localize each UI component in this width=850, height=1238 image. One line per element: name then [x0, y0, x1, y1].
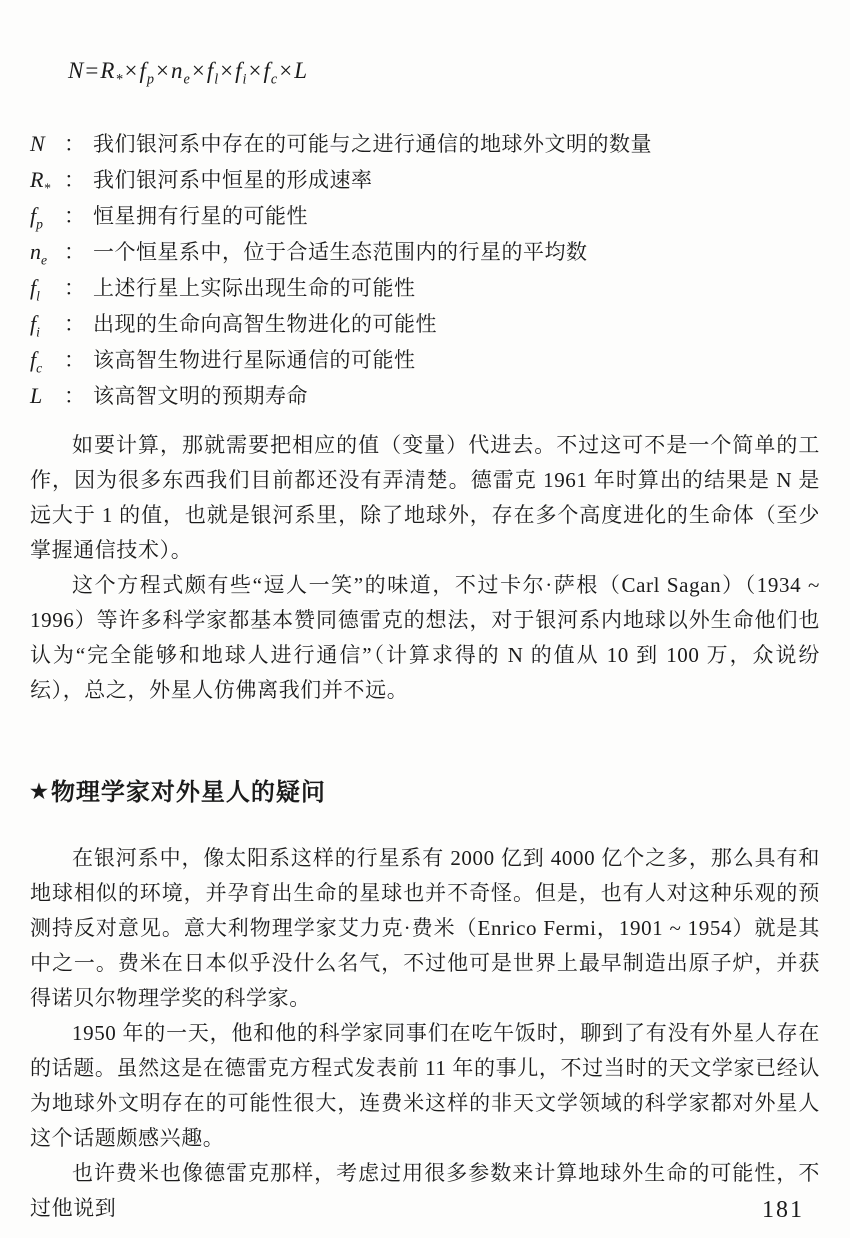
definition-colon: ： [64, 198, 85, 234]
formula-equals: = [84, 58, 100, 83]
paragraph: 如要计算，那就需要把相应的值（变量）代进去。不过这可不是一个简单的工作，因为很多… [30, 428, 820, 568]
definition-text: 一个恒星系中，位于合适生态范围内的行星的平均数 [93, 234, 588, 270]
multiply-sign: × [191, 58, 207, 83]
page-number: 181 [762, 1197, 804, 1224]
definition-row: fp ： 恒星拥有行星的可能性 [30, 198, 820, 234]
variable-symbol: fi [30, 306, 64, 342]
variable-symbol: fp [30, 198, 64, 234]
section-title: 物理学家对外星人的疑问 [51, 779, 326, 806]
definition-colon: ： [64, 234, 85, 270]
definition-colon: ： [64, 126, 85, 162]
variable-symbol: fc [30, 342, 64, 378]
definition-row: R* ： 我们银河系中恒星的形成速率 [30, 162, 820, 198]
definition-colon: ： [64, 162, 85, 198]
definition-row: N ： 我们银河系中存在的可能与之进行通信的地球外文明的数量 [30, 126, 820, 162]
definition-text: 该高智文明的预期寿命 [93, 378, 308, 414]
multiply-sign: × [278, 58, 294, 83]
variable-definition-list: N ： 我们银河系中存在的可能与之进行通信的地球外文明的数量 R* ： 我们银河… [30, 126, 820, 414]
definition-text: 出现的生命向高智生物进化的可能性 [93, 306, 437, 342]
variable-symbol: N [30, 126, 64, 162]
formula-term: fi [235, 58, 247, 83]
star-icon: ★ [30, 781, 49, 803]
paragraph: 也许费米也像德雷克那样，考虑过用很多参数来计算地球外生命的可能性，不过他说到 [30, 1156, 820, 1226]
formula-term: fp [140, 58, 156, 83]
drake-equation: N=R*×fp×ne×fl×fi×fc×L [68, 58, 850, 84]
formula-lhs: N [68, 58, 84, 83]
definition-text: 我们银河系中恒星的形成速率 [93, 162, 373, 198]
multiply-sign: × [155, 58, 171, 83]
definition-text: 该高智生物进行星际通信的可能性 [93, 342, 416, 378]
multiply-sign: × [219, 58, 235, 83]
definition-text: 恒星拥有行星的可能性 [93, 198, 308, 234]
section-heading: ★物理学家对外星人的疑问 [30, 772, 850, 807]
definition-row: ne ： 一个恒星系中，位于合适生态范围内的行星的平均数 [30, 234, 820, 270]
definition-row: fl ： 上述行星上实际出现生命的可能性 [30, 270, 820, 306]
variable-symbol: fl [30, 270, 64, 306]
paragraph: 在银河系中，像太阳系这样的行星系有 2000 亿到 4000 亿个之多，那么具有… [30, 841, 820, 1016]
variable-symbol: R* [30, 162, 64, 198]
paragraph: 1950 年的一天，他和他的科学家同事们在吃午饭时，聊到了有没有外星人存在的话题… [30, 1016, 820, 1156]
multiply-sign: × [124, 58, 140, 83]
definition-colon: ： [64, 342, 85, 378]
definition-text: 我们银河系中存在的可能与之进行通信的地球外文明的数量 [93, 126, 652, 162]
definition-row: L ： 该高智文明的预期寿命 [30, 378, 820, 414]
definition-colon: ： [64, 378, 85, 414]
definition-colon: ： [64, 270, 85, 306]
definition-colon: ： [64, 306, 85, 342]
formula-term: L [294, 58, 308, 83]
formula-term: fc [264, 58, 279, 83]
formula-term: fl [207, 58, 219, 83]
variable-symbol: L [30, 378, 64, 414]
definition-text: 上述行星上实际出现生命的可能性 [93, 270, 416, 306]
definition-row: fi ： 出现的生命向高智生物进化的可能性 [30, 306, 820, 342]
formula-term: R* [100, 58, 123, 83]
paragraph: 这个方程式颇有些“逗人一笑”的味道，不过卡尔·萨根（Carl Sagan）（19… [30, 568, 820, 708]
multiply-sign: × [248, 58, 264, 83]
variable-symbol: ne [30, 234, 64, 270]
formula-term: ne [171, 58, 191, 83]
book-page: N=R*×fp×ne×fl×fi×fc×L N ： 我们银河系中存在的可能与之进… [0, 0, 850, 1238]
definition-row: fc ： 该高智生物进行星际通信的可能性 [30, 342, 820, 378]
